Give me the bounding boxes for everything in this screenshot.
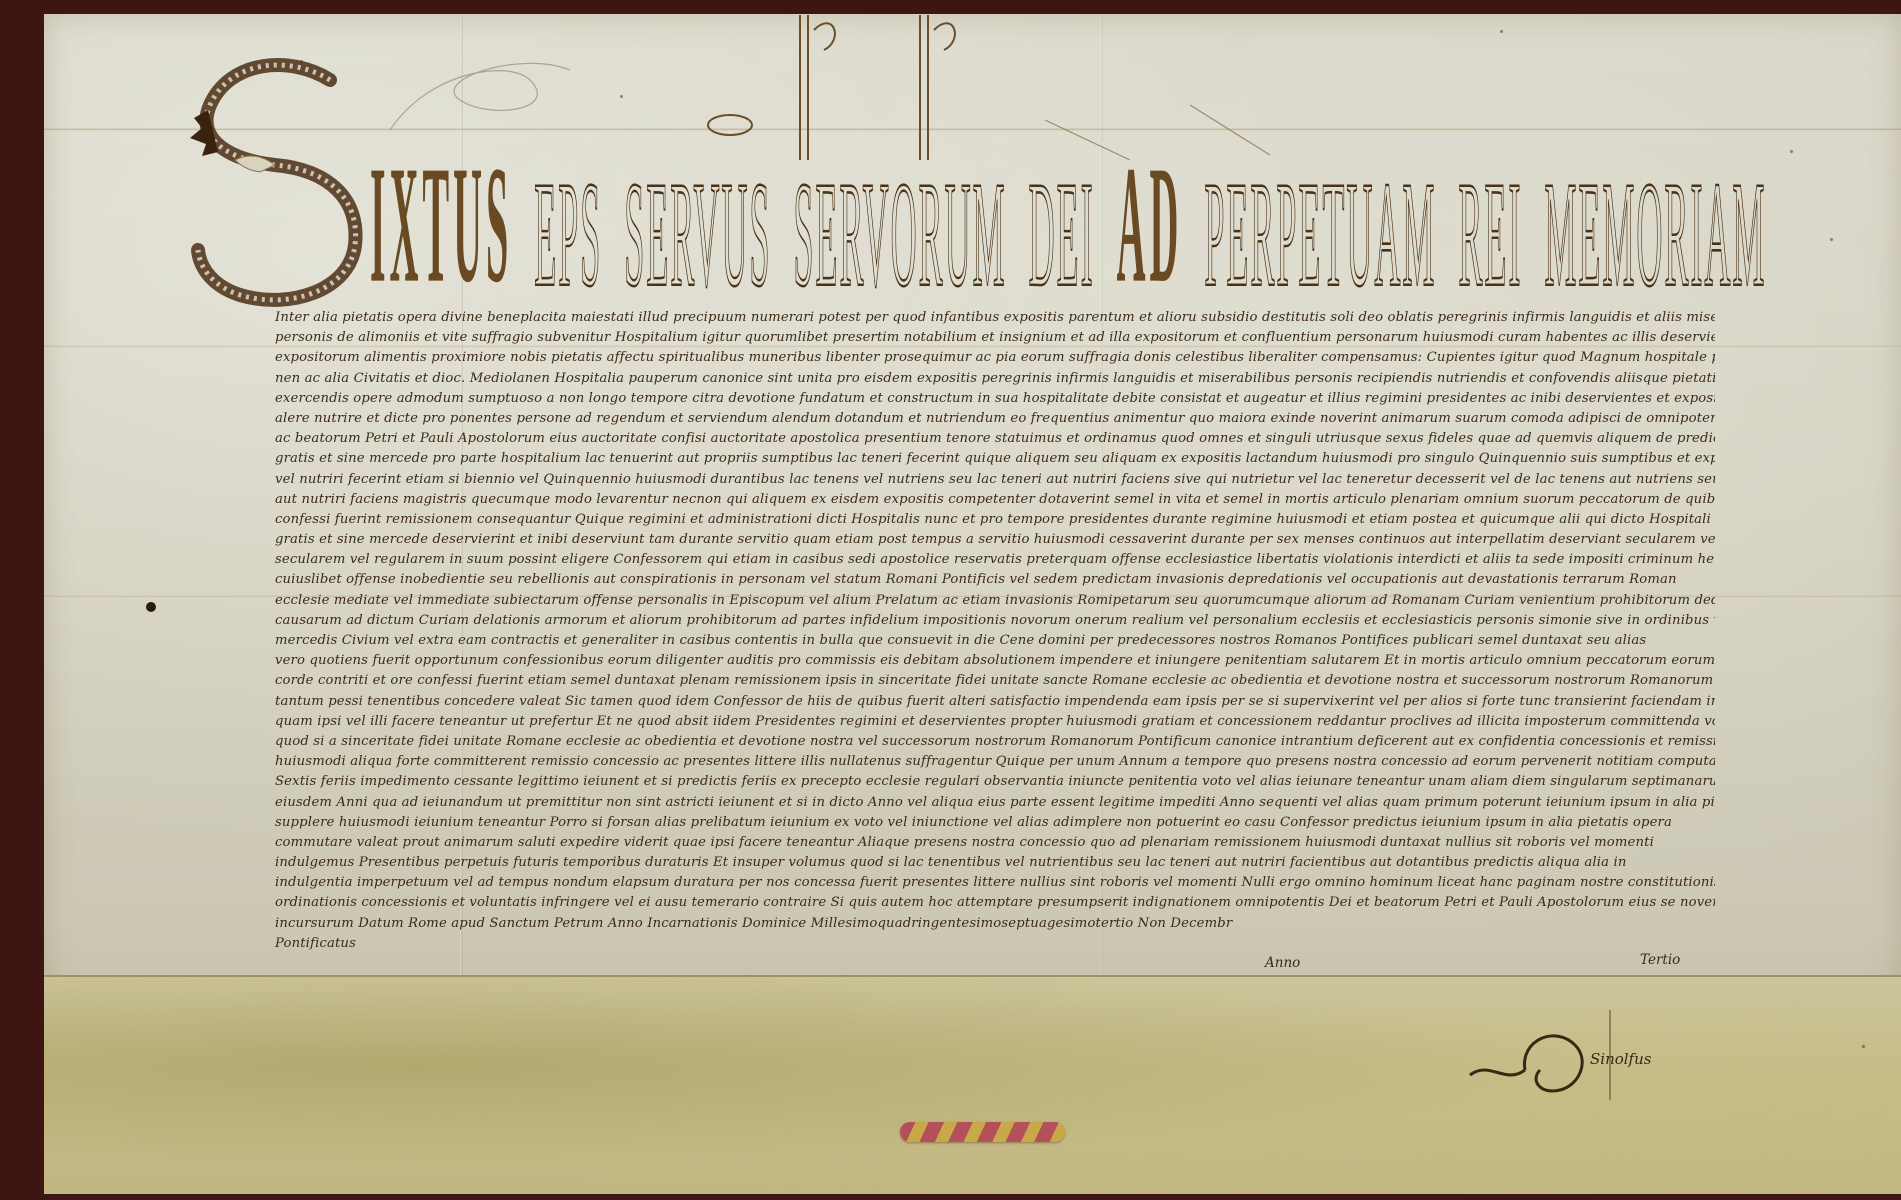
text-line: vero quotiens fuerit opportunum confessi… [275, 651, 1715, 671]
parchment-speck [1862, 1045, 1865, 1048]
parchment-speck [620, 95, 623, 98]
text-line: eiusdem Anni qua ad ieiunandum ut premit… [275, 793, 1715, 813]
date-anno-label: Anno [1265, 955, 1300, 971]
text-line: personis de alimoniis et vite suffragio … [275, 328, 1715, 348]
text-line: mercedis Civium vel extra eam contractis… [275, 631, 1715, 651]
parchment-speck [300, 60, 303, 63]
text-line: vel nutriri fecerint etiam si biennio ve… [275, 470, 1715, 490]
parchment-speck [1790, 150, 1793, 153]
text-line: commutare valeat prout animarum saluti e… [275, 833, 1715, 853]
document-body-text: Inter alia pietatis opera divine benepla… [275, 308, 1715, 954]
title-word: MEMORIAM [1544, 159, 1766, 310]
text-line: confessi fuerint remissionem consequantu… [275, 510, 1715, 530]
text-line: alere nutrire et dicte pro ponentes pers… [275, 409, 1715, 429]
text-line: nen ac alia Civitatis et dioc. Mediolane… [275, 369, 1715, 389]
text-line: Inter alia pietatis opera divine benepla… [275, 308, 1715, 328]
text-line: supplere huiusmodi ieiunium teneantur Po… [275, 813, 1715, 833]
document-title-litterae-elongatae: IXTUS EPS SERVUS SERVORUM DEI AD PERPETU… [370, 140, 1680, 310]
title-word: AD [1117, 142, 1183, 310]
text-line: ecclesie mediate vel immediate subiectar… [275, 591, 1715, 611]
text-line: aut nutriri faciens magistris quecumque … [275, 490, 1715, 510]
text-line: ordinationis concessionis et voluntatis … [275, 893, 1715, 913]
parchment-hole [146, 602, 156, 612]
title-word: SERVUS [624, 159, 771, 310]
text-line: tantum pessi tenentibus concedere valeat… [275, 692, 1715, 712]
title-word: SERVORUM [793, 159, 1006, 310]
title-word: DEI [1029, 159, 1095, 310]
silk-seal-cord [900, 1122, 1065, 1142]
text-line: quod si a sinceritate fidei unitate Roma… [275, 732, 1715, 752]
text-line: quam ipsi vel illi facere teneantur ut p… [275, 712, 1715, 732]
title-word: EPS [534, 159, 602, 310]
scribe-signature: Sinolfus [1590, 1050, 1651, 1068]
text-line: causarum ad dictum Curiam delationis arm… [275, 611, 1715, 631]
text-line: expositorum alimentis proximiore nobis p… [275, 348, 1715, 368]
text-line: gratis et sine mercede pro parte hospita… [275, 449, 1715, 469]
text-line: secularem vel regularem in suum possint … [275, 550, 1715, 570]
title-word: IXTUS [370, 142, 512, 310]
parchment-speck [1830, 238, 1833, 241]
parchment-speck [1500, 30, 1503, 33]
text-line: corde contriti et ore confessi fuerint e… [275, 671, 1715, 691]
decorated-initial-s-icon [180, 50, 380, 310]
text-line: Sextis feriis impedimento cessante legit… [275, 772, 1715, 792]
pen-flourish-icon [690, 10, 1010, 160]
text-line: indulgemus Presentibus perpetuis futuris… [275, 853, 1715, 873]
title-word: PERPETUAM [1204, 159, 1436, 310]
text-line: cuiuslibet offense inobedientie seu rebe… [275, 570, 1715, 590]
text-line: indulgentia imperpetuum vel ad tempus no… [275, 873, 1715, 893]
title-word: REI [1458, 159, 1522, 310]
text-line: gratis et sine mercede deservierint et i… [275, 530, 1715, 550]
text-line: exercendis opere admodum sumptuoso a non… [275, 389, 1715, 409]
text-line: incursurum Datum Rome apud Sanctum Petru… [275, 914, 1715, 934]
text-line: huiusmodi aliqua forte committerent remi… [275, 752, 1715, 772]
date-tertio: Tertio [1640, 952, 1680, 968]
text-line: Pontificatus [275, 934, 1715, 954]
text-line: ac beatorum Petri et Pauli Apostolorum e… [275, 429, 1715, 449]
